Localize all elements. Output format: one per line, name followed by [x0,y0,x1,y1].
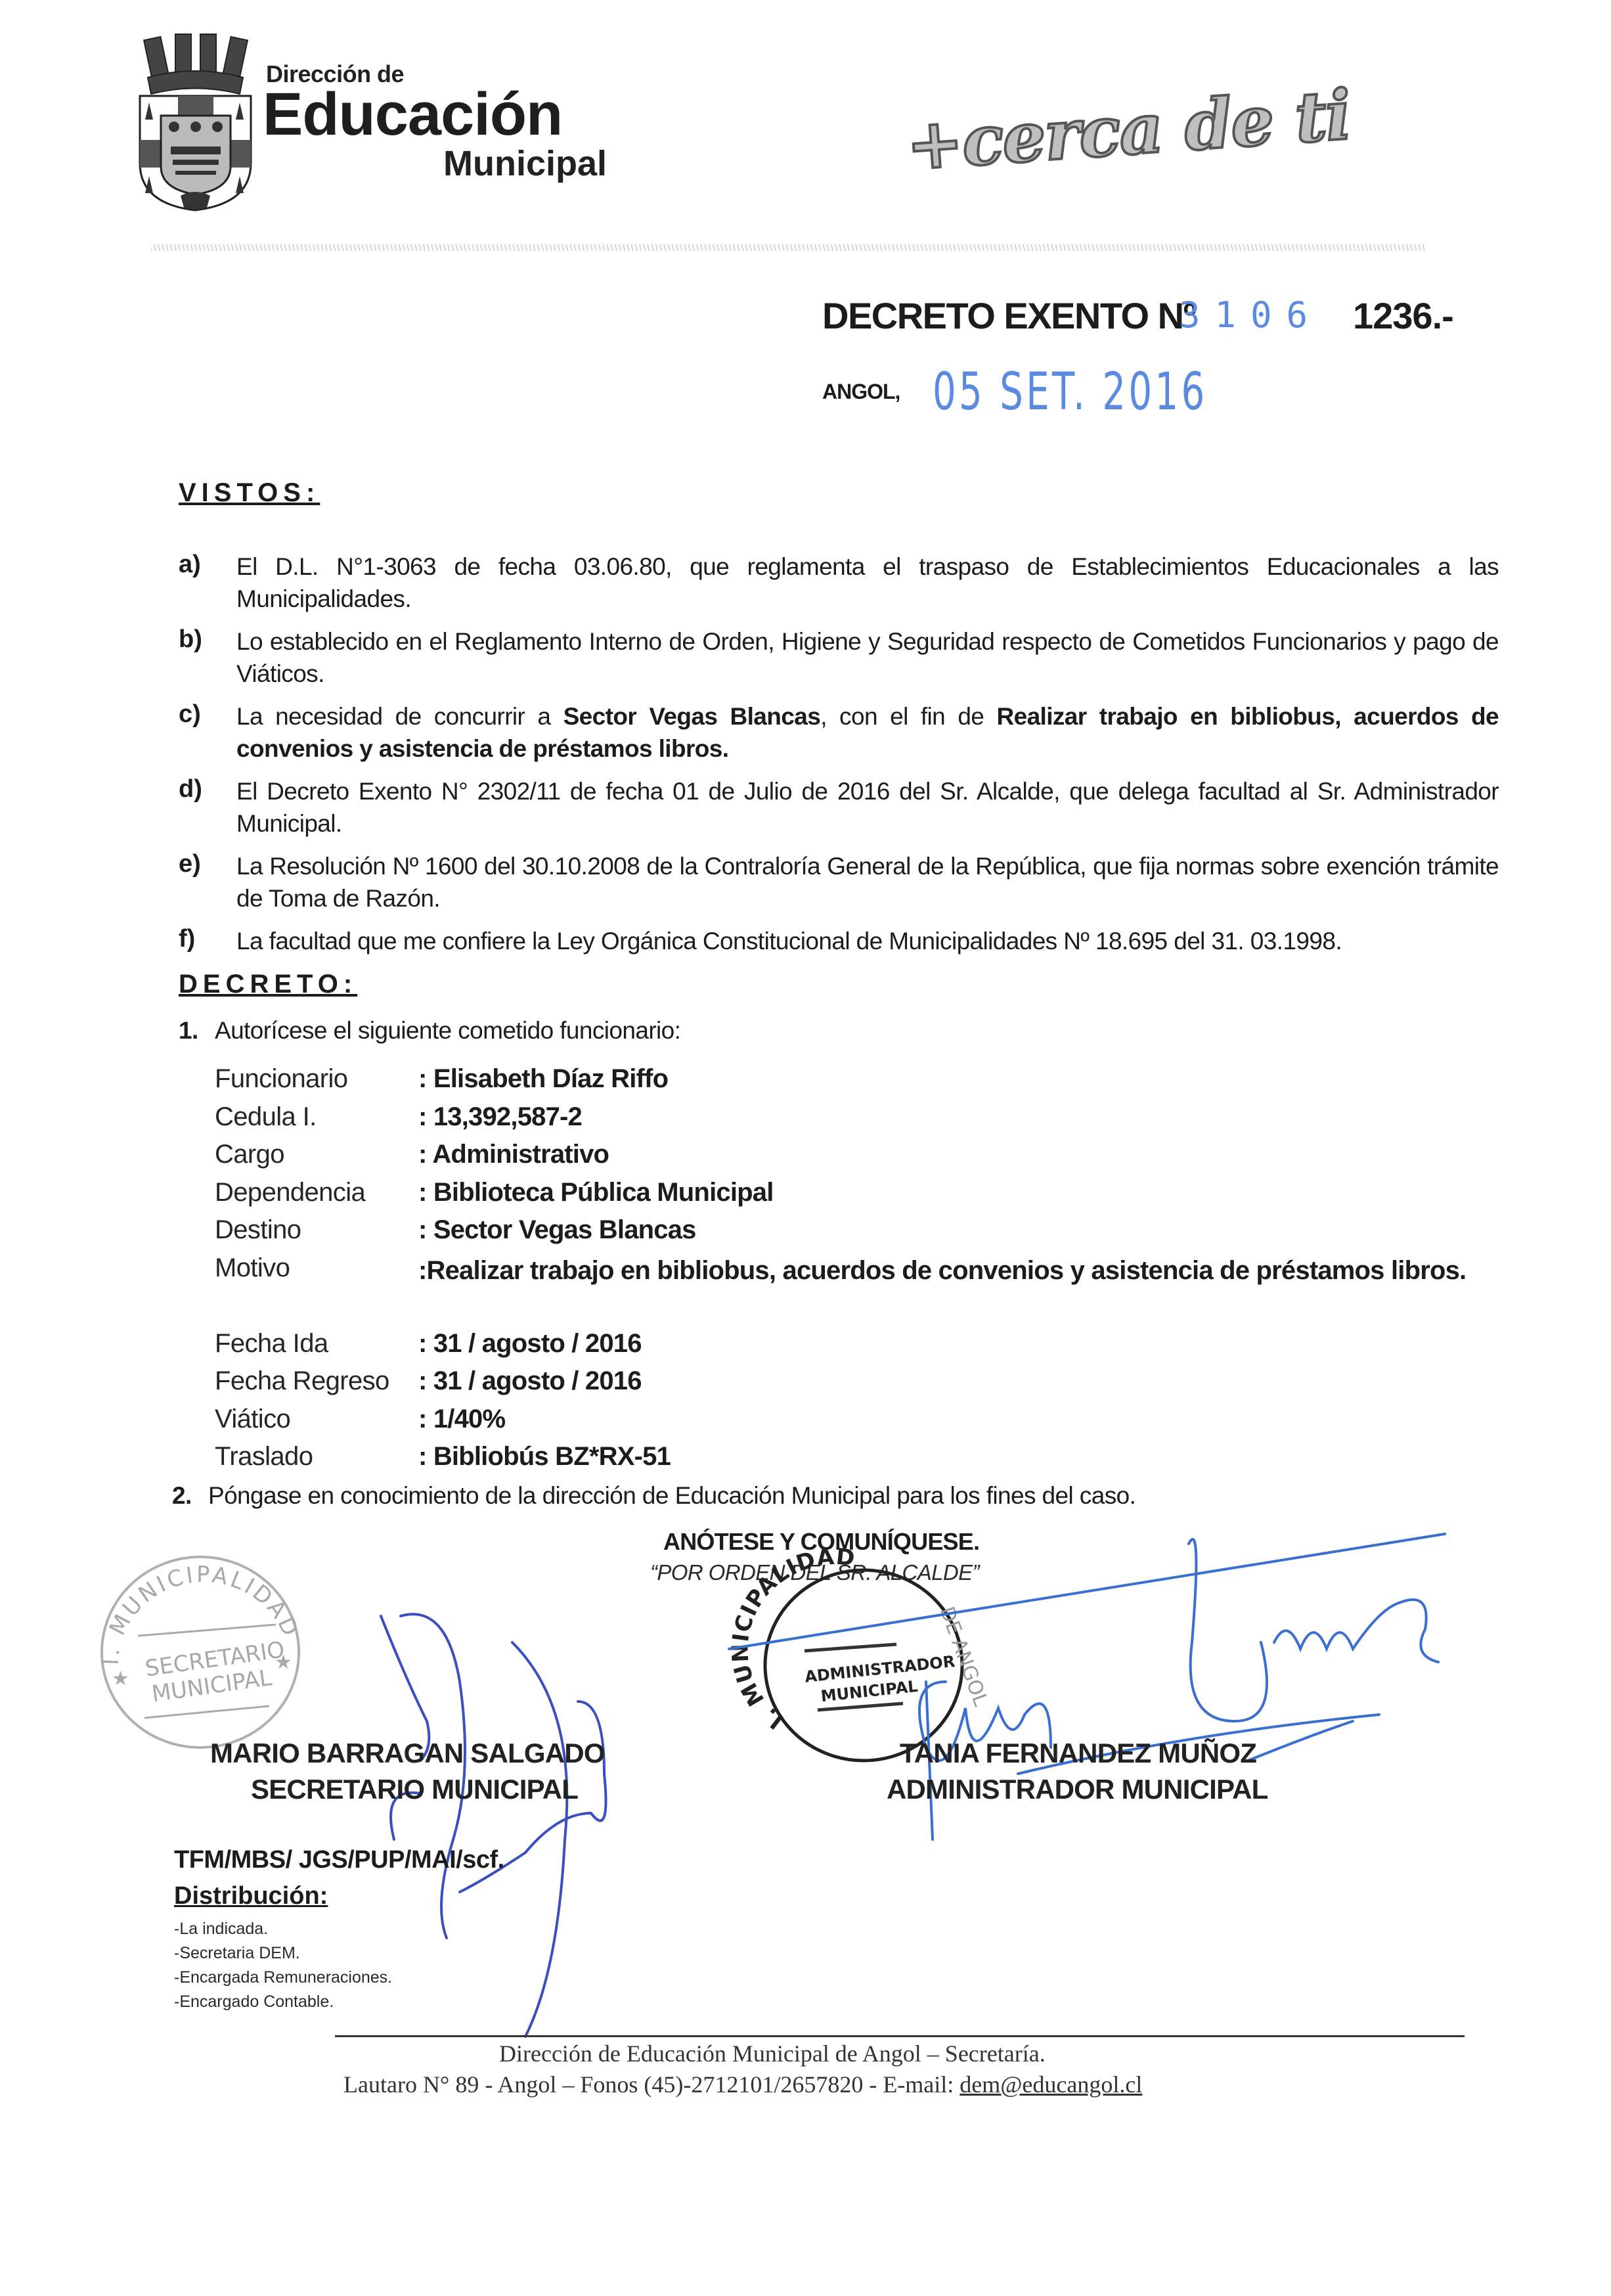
municipal-coat-of-arms [135,32,256,212]
detail-row-destino: Destino : Sector Vegas Blancas [215,1215,1502,1253]
detail-key: Funcionario [215,1064,418,1094]
left-signatory-role: SECRETARIO MUNICIPAL [251,1774,578,1805]
detail-key: Fecha Regreso [215,1366,418,1396]
detail-row-cedula: Cedula I. : 13,392,587-2 [215,1102,1502,1140]
detail-value: :Realizar trabajo en bibliobus, acuerdos… [418,1253,1502,1288]
vistos-item: d) El Decreto Exento N° 2302/11 de fecha… [179,775,1499,840]
stamped-date: 05 SET. 2016 [933,363,1208,422]
vistos-item-label: c) [179,700,236,765]
detail-value: : Sector Vegas Blancas [418,1215,1502,1245]
stamped-decree-number: 3106 [1179,294,1322,336]
vistos-item-label: e) [179,850,236,914]
detail-key: Traslado [215,1442,418,1472]
header-divider [151,244,1425,251]
vistos-item-label: d) [179,775,236,840]
drafter-initials: TFM/MBS/ JGS/PUP/MAI/scf. [174,1846,504,1874]
right-signatory-name: TANIA FERNANDEZ MUÑOZ [900,1738,1256,1769]
detail-key: Viático [215,1405,418,1434]
vistos-item: b) Lo establecido en el Reglamento Inter… [179,625,1499,690]
detail-key: Motivo [215,1253,418,1283]
footer-contact: Lautaro N° 89 - Angol – Fonos (45)-27121… [343,2071,1142,2098]
destination-emphasis: Sector Vegas Blancas [563,703,821,730]
decree-article-1: 1. Autorícese el siguiente cometido func… [179,1017,680,1045]
detail-row-traslado: Traslado : Bibliobús BZ*RX-51 [215,1442,1502,1480]
vistos-item-label: b) [179,625,236,690]
decree-title: DECRETO EXENTO Nº [822,294,1196,337]
vistos-item-text: La necesidad de concurrir a Sector Vegas… [236,700,1499,765]
detail-row-fecha-ida: Fecha Ida : 31 / agosto / 2016 [215,1329,1502,1367]
detail-key: Fecha Ida [215,1329,418,1359]
detail-value: : 31 / agosto / 2016 [418,1366,1502,1396]
decree-article-2: 2. Póngase en conocimiento de la direcci… [172,1482,1136,1510]
footer-divider [335,2035,1465,2037]
detail-row-motivo: Motivo :Realizar trabajo en bibliobus, a… [215,1253,1502,1329]
distribution-item: -Encargada Remuneraciones. [174,1966,392,1990]
vistos-item-text: La facultad que me confiere la Ley Orgán… [236,925,1499,957]
distribution-item: -Secretaria DEM. [174,1941,392,1966]
detail-value: : Bibliobús BZ*RX-51 [418,1442,1502,1472]
footer-office: Dirección de Educación Municipal de Ango… [499,2040,1046,2067]
detail-key: Dependencia [215,1178,418,1207]
article-text: Póngase en conocimiento de la dirección … [208,1482,1136,1510]
vistos-item: f) La facultad que me confiere la Ley Or… [179,925,1499,957]
vistos-heading: VISTOS: [179,478,320,508]
distribution-list: -La indicada. -Secretaria DEM. -Encargad… [174,1917,392,2014]
detail-value: : 1/40% [418,1405,1502,1434]
detail-row-cargo: Cargo : Administrativo [215,1140,1502,1178]
vistos-item: c) La necesidad de concurrir a Sector Ve… [179,700,1499,765]
detail-row-dependencia: Dependencia : Biblioteca Pública Municip… [215,1178,1502,1216]
vistos-item-label: f) [179,925,236,957]
vistos-item: a) El D.L. N°1-3063 de fecha 03.06.80, q… [179,551,1499,615]
svg-text:★: ★ [275,1652,292,1673]
detail-row-fecha-regreso: Fecha Regreso : 31 / agosto / 2016 [215,1366,1502,1405]
distribution-item: -La indicada. [174,1917,392,1941]
svg-text:★: ★ [112,1668,129,1690]
secretary-seal: I. MUNICIPALIDAD SECRETARIO MUNICIPAL ★ … [99,1554,302,1751]
detail-value: : Elisabeth Díaz Riffo [418,1064,1502,1094]
right-signatory-role: ADMINISTRADOR MUNICIPAL [887,1774,1268,1805]
text-fragment: La necesidad de concurrir a [236,703,563,730]
distribution-item: -Encargado Contable. [174,1990,392,2014]
text-fragment: , con el fin de [820,703,996,730]
detail-value: : Administrativo [418,1140,1502,1169]
distribution-heading: Distribución: [174,1882,328,1910]
article-text: Autorícese el siguiente cometido funcion… [215,1017,680,1045]
vistos-list: a) El D.L. N°1-3063 de fecha 03.06.80, q… [179,551,1499,968]
assignment-details: Funcionario : Elisabeth Díaz Riffo Cedul… [215,1064,1502,1480]
vistos-item: e) La Resolución Nº 1600 del 30.10.2008 … [179,850,1499,914]
detail-key: Cedula I. [215,1102,418,1132]
article-number: 1. [179,1017,215,1045]
article-number: 2. [172,1482,208,1510]
typed-decree-number: 1236.- [1353,294,1453,337]
org-name-line2: Educación [263,84,562,145]
detail-row-funcionario: Funcionario : Elisabeth Díaz Riffo [215,1064,1502,1102]
footer-email-link[interactable]: dem@educangol.cl [960,2071,1142,2098]
vistos-item-text: El Decreto Exento N° 2302/11 de fecha 01… [236,775,1499,840]
detail-row-viatico: Viático : 1/40% [215,1405,1502,1443]
decree-place: ANGOL, [822,380,900,404]
decreto-heading: DECRETO: [179,970,357,999]
slogan-logo: +cerca de ti [904,74,1353,186]
detail-key: Cargo [215,1140,418,1169]
left-signatory-name: MARIO BARRAGAN SALGADO [210,1738,605,1769]
org-name-line3: Municipal [443,143,607,184]
vistos-item-text: El D.L. N°1-3063 de fecha 03.06.80, que … [236,551,1499,615]
detail-value: : Biblioteca Pública Municipal [418,1178,1502,1207]
administrator-seal: I. MUNICIPALIDAD DE ANGOL ADMINISTRADOR … [755,1567,972,1764]
detail-value: : 13,392,587-2 [418,1102,1502,1132]
detail-value: : 31 / agosto / 2016 [418,1329,1502,1359]
footer-address-phone: Lautaro N° 89 - Angol – Fonos (45)-27121… [343,2071,960,2098]
vistos-item-text: La Resolución Nº 1600 del 30.10.2008 de … [236,850,1499,914]
vistos-item-text: Lo establecido en el Reglamento Interno … [236,625,1499,690]
vistos-item-label: a) [179,551,236,615]
detail-key: Destino [215,1215,418,1245]
